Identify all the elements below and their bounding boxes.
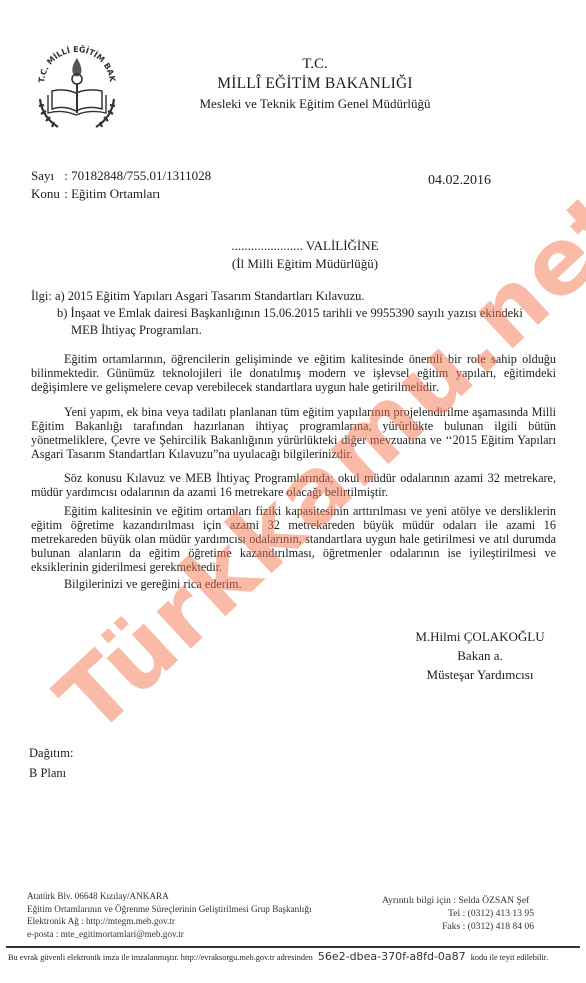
body-paragraph-3: Söz konusu Kılavuz ve MEB İhtiyaç Progra… bbox=[31, 471, 556, 499]
konu-row: Konu : Eğitim Ortamları bbox=[31, 186, 160, 202]
document-date: 04.02.2016 bbox=[428, 173, 491, 189]
konu-value: : Eğitim Ortamları bbox=[64, 186, 160, 201]
header-tc: T.C. bbox=[150, 56, 480, 73]
distribution-label: Dağıtım: bbox=[29, 743, 73, 763]
addressee-line2: (İl Milli Eğitim Müdürlüğü) bbox=[160, 256, 450, 272]
signatory-title: Müsteşar Yardımcısı bbox=[380, 665, 580, 684]
signatory-name: M.Hilmi ÇOLAKOĞLU bbox=[380, 627, 580, 646]
header-ministry: MİLLÎ EĞİTİM BAKANLIĞI bbox=[150, 75, 480, 93]
contact-tel: Tel : (0312) 413 13 95 bbox=[382, 907, 534, 920]
body-paragraph-5: Bilgilerinizi ve gereğini rica ederim. bbox=[31, 577, 556, 591]
signatory-on-behalf: Bakan a. bbox=[380, 646, 580, 665]
addressee-line1: ...................... VALİLİĞİNE bbox=[160, 238, 450, 254]
footer-address-block: Atatürk Blv. 06648 Kızılay/ANKARA Eğitim… bbox=[27, 890, 312, 940]
contact-fax: Faks : (0312) 418 84 06 bbox=[382, 920, 534, 933]
footer-unit: Eğitim Ortamlarının ve Öğrenme Süreçleri… bbox=[27, 903, 312, 916]
distribution-block: Dağıtım: B Planı bbox=[29, 743, 73, 783]
body-paragraph-1: Eğitim ortamlarının, öğrencilerin gelişi… bbox=[31, 352, 556, 394]
ministry-emblem-icon: T.C. MİLLİ EĞİTİM BAKANLIĞI bbox=[34, 33, 120, 137]
sayi-label: Sayı bbox=[31, 168, 61, 184]
verification-code: 56e2-dbea-370f-a8fd-0a87 bbox=[318, 950, 466, 963]
ilgi-b-cont: MEB İhtiyaç Programları. bbox=[71, 323, 202, 338]
verification-suffix: kodu ile teyit edilebilir. bbox=[471, 953, 548, 962]
ministry-logo: T.C. MİLLİ EĞİTİM BAKANLIĞI bbox=[34, 33, 120, 137]
footer-web-link[interactable]: Elektronik Ağ : http://mtegm.meb.gov.tr bbox=[27, 915, 312, 928]
signature-block: M.Hilmi ÇOLAKOĞLU Bakan a. Müsteşar Yard… bbox=[380, 627, 580, 684]
footer-contact-block: Ayrıntılı bilgi için : Selda ÖZSAN Şef T… bbox=[382, 894, 534, 933]
body-paragraph-2: Yeni yapım, ek bina veya tadilatı planla… bbox=[31, 405, 556, 461]
verification-prefix: Bu evrak güvenli elektronik imza ile imz… bbox=[8, 953, 313, 962]
ilgi-b: b) İnşaat ve Emlak dairesi Başkanlığının… bbox=[57, 306, 523, 321]
header-directorate: Mesleki ve Teknik Eğitim Genel Müdürlüğü bbox=[150, 96, 480, 112]
footer-address: Atatürk Blv. 06648 Kızılay/ANKARA bbox=[27, 890, 312, 903]
footer-divider bbox=[6, 946, 580, 948]
sayi-value: : 70182848/755.01/1311028 bbox=[64, 168, 211, 183]
sayi-row: Sayı : 70182848/755.01/1311028 bbox=[31, 168, 211, 184]
footer-email-link[interactable]: e-posta : mte_egitimortamlari@meb.gov.tr bbox=[27, 928, 312, 941]
konu-label: Konu bbox=[31, 186, 61, 202]
body-paragraph-4: Eğitim kalitesinin ve eğitim ortamları f… bbox=[31, 504, 556, 574]
contact-person: Ayrıntılı bilgi için : Selda ÖZSAN Şef bbox=[382, 894, 534, 907]
ilgi-a: İlgi: a) 2015 Eğitim Yapıları Asgari Tas… bbox=[31, 289, 365, 304]
distribution-value: B Planı bbox=[29, 763, 73, 783]
verification-line: Bu evrak güvenli elektronik imza ile imz… bbox=[8, 950, 548, 963]
